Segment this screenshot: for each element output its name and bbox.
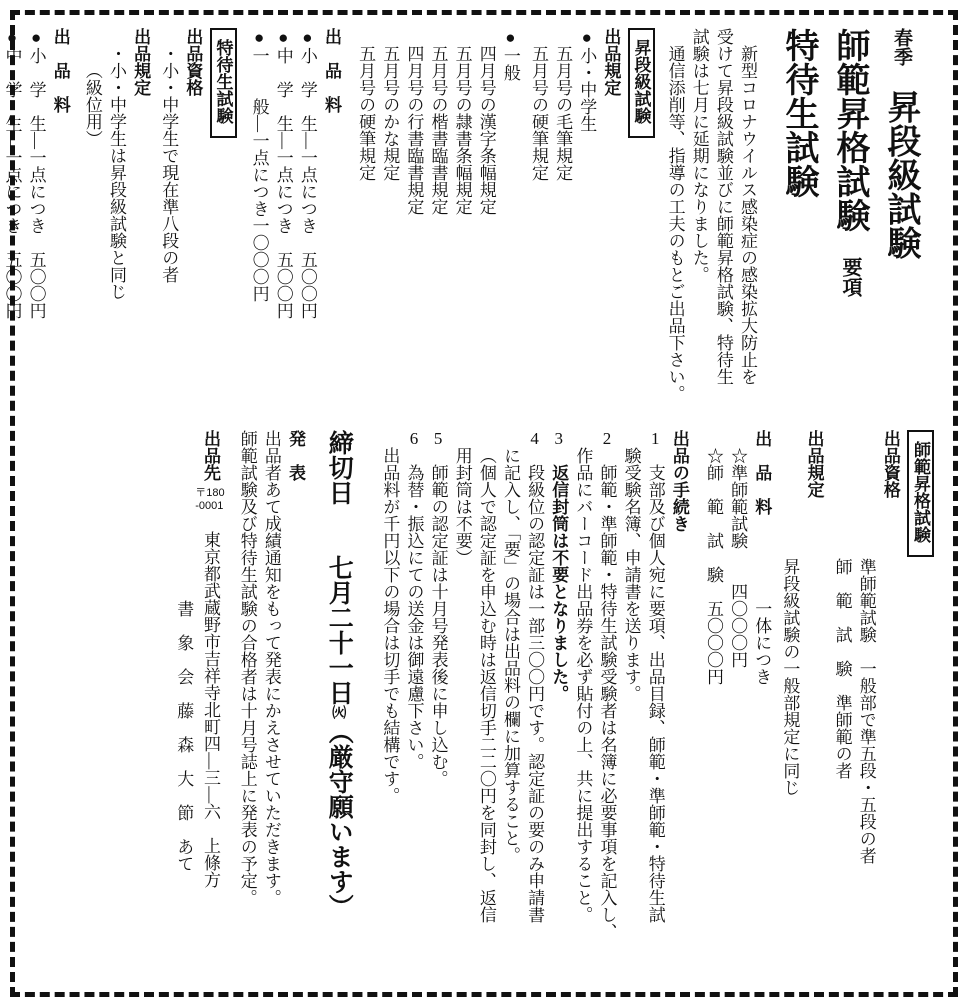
shodankyu-fee-line: ●一 般―一点につき一〇〇〇円 <box>247 28 271 412</box>
title-main-3: 特待生試験 <box>780 28 818 198</box>
tetsuzuki-item-3: 3 返信封筒は不要となりました。 <box>546 430 570 980</box>
item-number: 1 <box>646 430 665 447</box>
tokutaisei-kitei-note: （級位用） <box>80 28 104 412</box>
doc-title-line-1: 春季 昇段級試験 <box>875 28 926 412</box>
intro-line: 試験は七月に延期になりました。 <box>687 28 711 412</box>
tokutaisei-shikaku-label: 出品資格 <box>180 28 204 412</box>
tokutaisei-kitei-line: ・小・中学生は昇段級試験と同じ <box>104 28 128 412</box>
shihan-fee-line: ☆準師範試験 四〇〇〇円 <box>725 430 749 980</box>
title-sub: 要項 <box>835 257 865 297</box>
happyou-line: 出品者あて成績通知をもって発表にかえさせていただきます。 <box>259 430 283 980</box>
title-season: 春季 <box>887 28 916 66</box>
tetsuzuki-item-2-cont: 作品にバーコード出品券を必ず貼付の上、共に提出すること。 <box>570 430 594 980</box>
shihan-shikaku-line: 師 範 試 験 準師範の者 <box>830 430 854 980</box>
shodankyu-fee-line: ●中 学 生―一点につき 五〇〇円 <box>271 28 295 412</box>
intro-line: 通信添削等、指導の工夫のもとご出品下さい。 <box>663 28 687 412</box>
okurisaki-address: 東京都武蔵野市吉祥寺北町四―三―六 上條方 <box>201 514 220 888</box>
tetsuzuki-item-4-cont: （個人で認定証を申込む時は返信切手二二〇円を同封し、返信 <box>474 430 498 980</box>
intro-line: 受けて昇段級試験並びに師範昇格試験、特待生 <box>711 28 735 412</box>
shodankyu-kitei-label: 出品規定 <box>598 28 622 412</box>
shodankyu-group1-item: 五月号の硬筆規定 <box>526 28 550 412</box>
section-header-shihan: 師範昇格試験 <box>908 430 932 980</box>
intro-line: 新型コロナウイルス感染症の感染拡大防止を <box>735 28 759 412</box>
shodankyu-group1-item: 五月号の毛筆規定 <box>550 28 574 412</box>
shihan-kitei-label: 出品規定 <box>801 430 825 980</box>
title-main-1: 昇段級試験 <box>882 89 920 259</box>
shihan-fee-label-line: 出 品 料 一体につき <box>749 430 773 980</box>
section-header-shodankyu: 昇段級試験 <box>628 28 652 412</box>
shihan-shikaku-label: 出品資格 <box>878 430 902 980</box>
bottom-section: 師範昇格試験 出品資格 準師範試験 一般部で準五段・五段の者 師 範 試 験 準… <box>171 430 938 980</box>
deadline-date: 締切日 七月二十一日 <box>325 430 353 705</box>
shodankyu-group2-item: 五月号の楷書臨書規定 <box>425 28 449 412</box>
top-section: 春季 昇段級試験 師範昇格試験 要項 特待生試験 新型コロナウイルス感染症の感染… <box>0 28 926 412</box>
happyou-label: 発 表 <box>283 430 307 980</box>
item-number: 2 <box>598 430 617 447</box>
tetsuzuki-item-1-cont: 験受験名簿、申請書を送ります。 <box>619 430 643 980</box>
shihan-kitei-line: 昇段級試験の一般部規定に同じ <box>777 430 801 980</box>
tokutaisei-fee-label: 出 品 料 <box>48 28 72 412</box>
shihan-shikaku-line: 準師範試験 一般部で準五段・五段の者 <box>854 430 878 980</box>
tokutaisei-fee-line: ●小 学 生―一点につき 五〇〇円 <box>24 28 48 412</box>
tetsuzuki-item-5: 5 師範の認定証は十月号発表後に申し込む。 <box>426 430 450 980</box>
deadline-line: 締切日 七月二十一日㈫（厳守願います） <box>321 430 357 980</box>
happyou-line: 師範試験及び特待生試験の合格者は十月号誌上に発表の予定。 <box>235 430 259 980</box>
okurisaki-line: 出品先〒180-0001 東京都武蔵野市吉祥寺北町四―三―六 上條方 <box>195 430 224 980</box>
tokutaisei-shikaku-line: ・小・中学生で現在準八段の者 <box>156 28 180 412</box>
item-number: 5 <box>429 430 448 447</box>
title-main-2: 師範昇格試験 <box>831 28 869 232</box>
section-header-tokutaisei: 特待生試験 <box>210 28 234 412</box>
tetsuzuki-item-4-cont: 用封筒は不要） <box>450 430 474 980</box>
okurisaki-label: 出品先 <box>201 430 220 481</box>
tetsuzuki-label: 出品の手続き <box>667 430 691 980</box>
tokutaisei-kitei-label: 出品規定 <box>128 28 152 412</box>
shodankyu-group2-head: ●一般 <box>498 28 522 412</box>
item-number: 4 <box>525 430 544 447</box>
tetsuzuki-item-4-cont: に記入し、「要」の場合は出品料の欄に加算すること。 <box>498 430 522 980</box>
tokutaisei-fee-line: ●中 学 生―一点につき 五〇〇円 <box>0 28 24 412</box>
deadline-weekday: ㈫ <box>331 705 347 719</box>
item-number: 3 <box>549 430 568 447</box>
tetsuzuki-item-4: 4 段級位の認定証は一部三〇〇円です。認定証の要のみ申請書 <box>522 430 546 980</box>
doc-title-line-3: 特待生試験 <box>773 28 824 412</box>
tetsuzuki-item-6-cont: 出品料が千円以下の場合は切手でも結構です。 <box>377 430 401 980</box>
doc-title-line-2: 師範昇格試験 要項 <box>824 28 875 412</box>
shodankyu-fee-line: ●小 学 生―一点につき 五〇〇円 <box>295 28 319 412</box>
tetsuzuki-item-1: 1 支部及び個人宛に要項、出品目録、師範・準師範・特待生試 <box>643 430 667 980</box>
tetsuzuki-item-2: 2 師範・準師範・特待生試験受験者は名簿に必要事項を記入し、 <box>594 430 618 980</box>
tetsuzuki-item-6: 6 為替・振込にての送金は御遠慮下さい。 <box>401 430 425 980</box>
item-number: 6 <box>405 430 424 447</box>
shodankyu-group2-item: 四月号の行書臨書規定 <box>401 28 425 412</box>
shodankyu-group2-item: 五月号の隷書条幅規定 <box>450 28 474 412</box>
shodankyu-group2-item: 五月号の硬筆規定 <box>353 28 377 412</box>
deadline-note: （厳守願います） <box>325 719 353 919</box>
shodankyu-group1-head: ●小・中学生 <box>574 28 598 412</box>
shodankyu-group2-item: 五月号のかな規定 <box>377 28 401 412</box>
shihan-fee-line: ☆師 範 試 験 五〇〇〇円 <box>701 430 725 980</box>
shodankyu-fee-label: 出 品 料 <box>319 28 343 412</box>
postal-code: 〒180-0001 <box>195 487 224 512</box>
okurisaki-attn: 書 象 会 藤 森 大 節 あて <box>171 430 195 980</box>
shodankyu-group2-item: 四月号の漢字条幅規定 <box>474 28 498 412</box>
